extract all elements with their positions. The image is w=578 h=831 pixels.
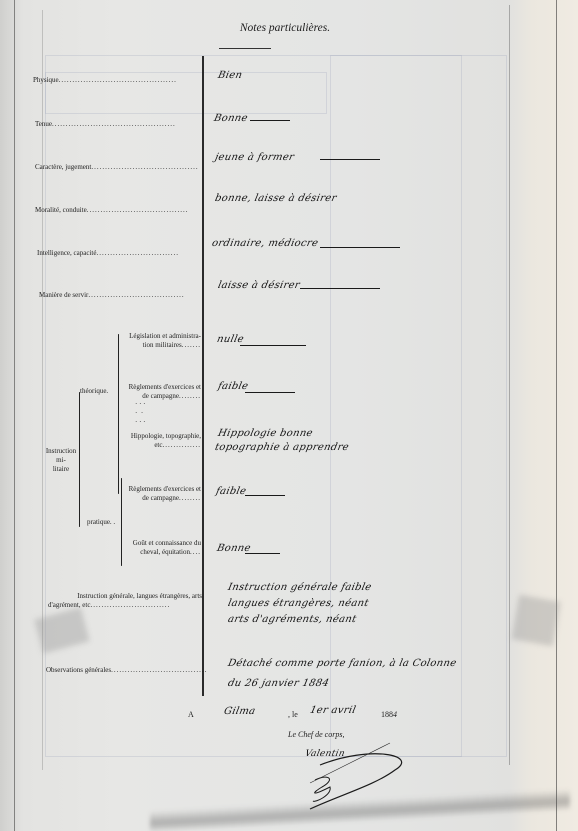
bleed-through-col <box>330 55 462 757</box>
label-physique: Physique................................… <box>33 76 177 85</box>
date-prefix: , le <box>288 710 298 719</box>
label-hippologie: Hippologie, topographie, etc............… <box>123 432 201 450</box>
answer-caractere-stroke <box>320 159 380 160</box>
answer-physique: Bien <box>217 70 243 81</box>
label-pratique: pratique. . <box>87 518 115 527</box>
answer-reglements-pratique: faible <box>215 486 248 497</box>
answer-moralite: bonne, laisse à désirer <box>214 193 338 204</box>
answer-tenue: Bonne <box>213 113 249 124</box>
answer-observations-line1: Détaché comme porte fanion, à la Colonne <box>227 658 458 669</box>
answer-hippologie-line1: Hippologie bonne <box>217 428 314 439</box>
answer-tenue-stroke <box>250 120 290 121</box>
label-instruction-generale: Instruction générale, langues étrangères… <box>40 592 202 610</box>
place-name: Gilma <box>223 706 257 717</box>
answer-instruction-generale-line3: arts d'agréments, néant <box>227 614 358 625</box>
label-caractere: Caractère, jugement.....................… <box>35 163 199 172</box>
answer-instruction-generale-line2: langues étrangères, néant <box>227 598 370 609</box>
right-margin-line <box>509 5 510 765</box>
left-margin-line <box>14 0 15 831</box>
answer-legislation: nulle <box>216 334 245 345</box>
answer-legislation-stroke <box>240 345 306 346</box>
place-prefix: A <box>188 710 194 719</box>
answer-instruction-generale-line1: Instruction générale faible <box>227 582 373 593</box>
answer-intelligence-stroke <box>320 247 400 248</box>
label-instruction-militaire: Instruction mi- litaire <box>42 447 80 474</box>
answer-hippologie-line2: topographie à apprendre <box>214 442 350 453</box>
document-page: Notes particulières. Physique...........… <box>0 0 578 831</box>
answer-reglements-pratique-stroke <box>245 495 285 496</box>
label-intelligence: Intelligence, capacité..................… <box>37 249 179 258</box>
date-value: 1er avril <box>309 705 357 716</box>
answer-gout-cheval-stroke <box>245 553 280 554</box>
label-reglements-pratique: Règlements d'exercices et de campagne...… <box>123 485 201 503</box>
page-edge-line <box>556 0 557 831</box>
ellipsis-dots: · · ·· ·· · · <box>135 400 146 427</box>
label-theorique: théorique. <box>80 387 108 396</box>
answer-intelligence: ordinaire, médiocre <box>211 238 319 249</box>
page-title: Notes particulières. <box>0 22 574 34</box>
stamp-smudge-right <box>511 595 560 647</box>
answer-reglements-theorique: faible <box>217 381 250 392</box>
year-printed: 1884 <box>381 710 397 719</box>
label-tenue: Tenue...................................… <box>35 120 176 129</box>
column-divider <box>202 56 204 696</box>
brace-pratique <box>121 478 122 566</box>
brace-theorique <box>118 334 119 494</box>
label-observations: Observations générales..................… <box>46 666 207 675</box>
answer-observations-line2: du 26 janvier 1884 <box>227 678 330 689</box>
answer-maniere: laisse à désirer <box>217 280 301 291</box>
label-gout-cheval: Goût et connaissance du cheval, équitati… <box>123 539 201 557</box>
label-moralite: Moralité, conduite......................… <box>35 206 188 215</box>
brace-instruction-militaire <box>79 392 80 527</box>
label-maniere: Manière de servir.......................… <box>39 291 185 300</box>
title-underline <box>219 48 271 49</box>
answer-caractere: jeune à former <box>214 152 295 163</box>
answer-reglements-theorique-stroke <box>245 392 295 393</box>
answer-maniere-stroke <box>300 288 380 289</box>
label-reglements-theorique: Règlements d'exercices et de campagne...… <box>123 383 201 401</box>
label-legislation: Législation et administra- tion militair… <box>123 332 201 350</box>
